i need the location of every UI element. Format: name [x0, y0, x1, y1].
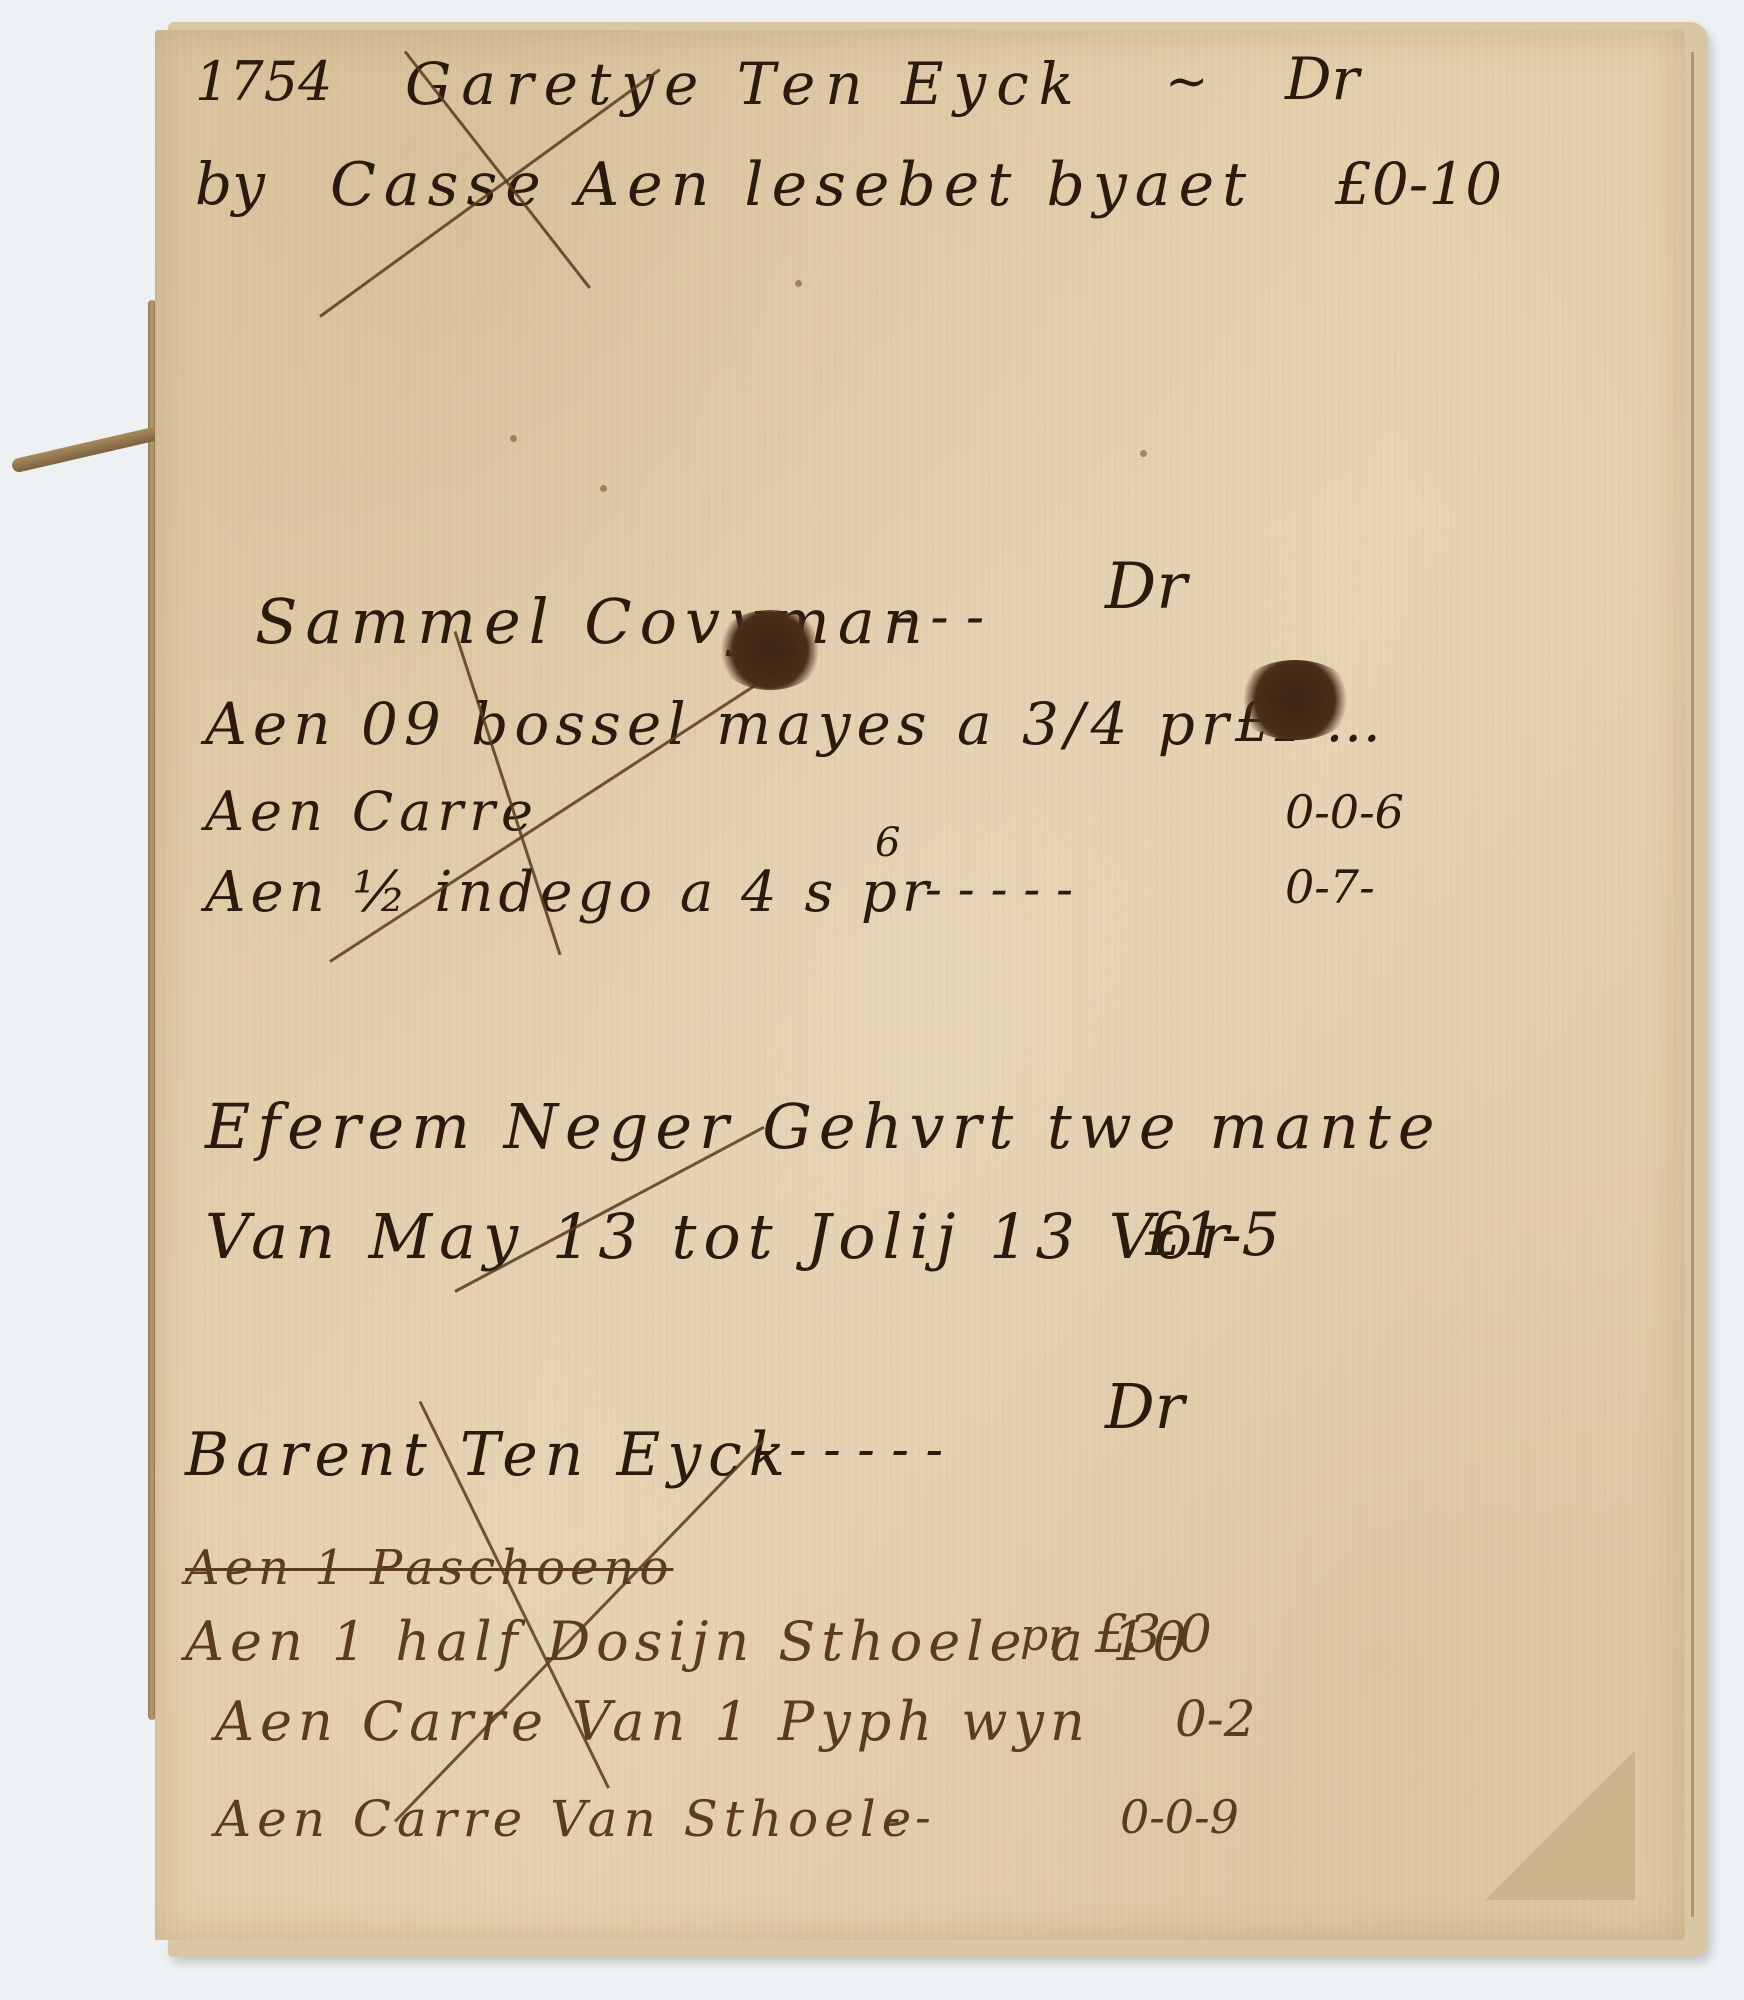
line-amount: £0-10: [1335, 150, 1502, 218]
line-amount: 0-2: [1175, 1690, 1256, 1748]
ink-spot: [795, 280, 802, 287]
line-description: Aen 09 bossel mayes a 3/4 pr: [205, 690, 1235, 758]
ink-blot: [1235, 660, 1355, 740]
ledger-page: 1754 Garetye Ten Eyck ~ Dr by Casse Aen …: [155, 30, 1685, 1940]
line-description: Aen ½ indego a 4 s pr: [205, 860, 934, 925]
line-description: Van May 13 tot Jolij 13 Vor: [205, 1200, 1236, 1273]
line-description: Aen Carre Van 1 Pyph wyn: [215, 1690, 1091, 1753]
line-dash: - -: [885, 1790, 931, 1844]
line-unit: pr: [1020, 1610, 1069, 1661]
entry-year: 1754: [195, 50, 332, 113]
struck-line-description: Aen 1 Paschoeno: [185, 1540, 673, 1596]
debit-marker: Dr: [1105, 1370, 1184, 1443]
ink-spot: [510, 435, 517, 442]
line-amount: 0-0-9: [1120, 1790, 1239, 1844]
line-prefix: by: [195, 150, 265, 218]
line-amount: 0-7-: [1285, 860, 1375, 914]
line-description: Aen Carre Van Sthoele: [215, 1790, 917, 1848]
line-dash: - - - - -: [925, 860, 1073, 918]
page-edge: [1691, 52, 1694, 1917]
line-description: Eferem Neger Gehvrt twe mante: [205, 1090, 1442, 1163]
line-amount: £1-5: [1145, 1200, 1280, 1270]
ink-spot: [1140, 450, 1147, 457]
line-description: Aen Carre: [205, 780, 539, 843]
ink-spot: [600, 485, 607, 492]
line-amount: 0-0-6: [1285, 785, 1404, 839]
entry-dash: - - - - - -: [755, 1420, 943, 1480]
debit-marker: Dr: [1285, 45, 1359, 113]
entry-dash: ~: [1165, 52, 1209, 112]
entry-name: Sammel Covyman: [255, 585, 931, 658]
entry-name: Garetye Ten Eyck: [405, 50, 1084, 118]
line-amount: £3-0: [1095, 1605, 1212, 1665]
entry-dash: - - -: [895, 585, 984, 648]
debit-marker: Dr: [1105, 550, 1187, 624]
ink-blot: [715, 610, 825, 690]
entry-name: Barent Ten Eyck: [185, 1420, 792, 1490]
